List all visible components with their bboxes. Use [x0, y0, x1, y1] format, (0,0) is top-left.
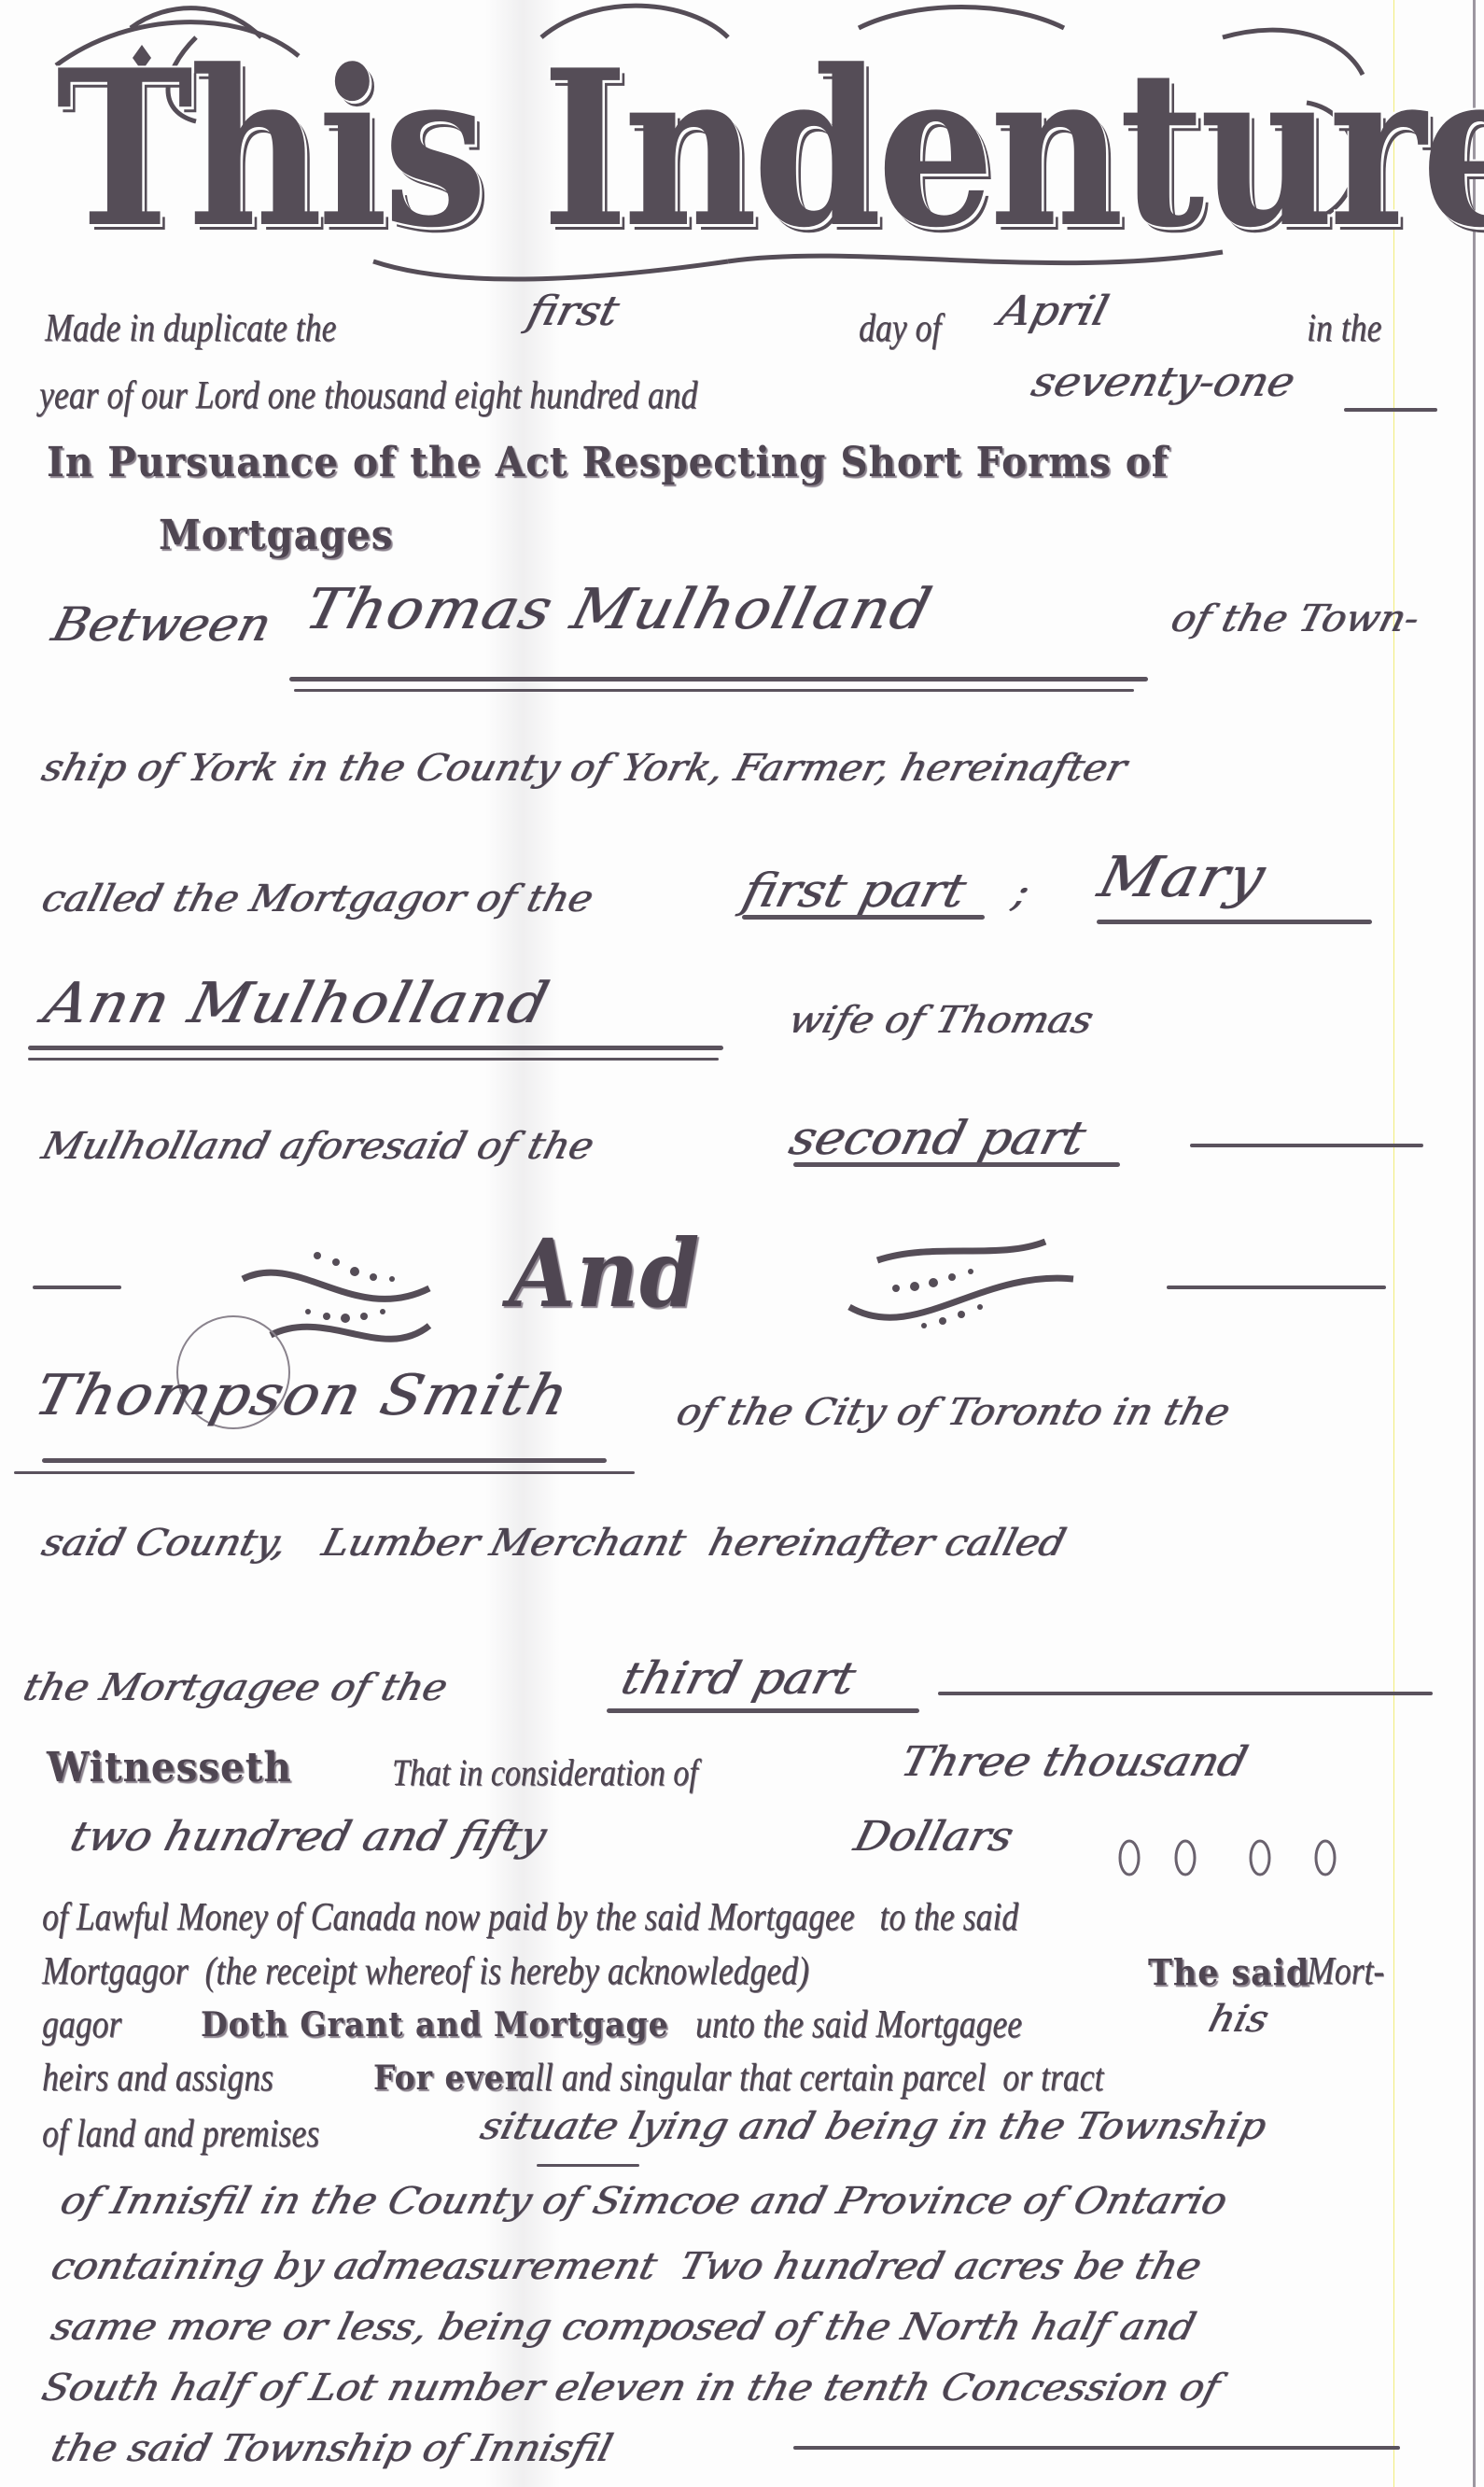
amount-words-1: Three thousand: [896, 1738, 1252, 1786]
witnesseth-line7-hw: situate lying and being in the Township: [476, 2105, 1270, 2148]
parties-line6-rest: of the City of Toronto in the: [672, 1391, 1234, 1434]
and-left-dash: [33, 1286, 121, 1289]
amount-words-2: two hundred and fifty: [65, 1813, 551, 1861]
mortgagor-underline: [289, 677, 1148, 681]
year-dash-line: [1344, 408, 1437, 412]
act-heading-line1: In Pursuance of the Act Respecting Short…: [47, 439, 1169, 486]
witnesseth-line6-rest: all and singular that certain parcel or …: [518, 2056, 1103, 2101]
parties-line2: ship of York in the County of York, Farm…: [37, 747, 1130, 790]
date-line-prefix: Made in duplicate the: [45, 306, 336, 351]
act-heading-line2: Mortgages: [159, 512, 394, 559]
witnesseth-line6-bold: For ever: [373, 2058, 522, 2098]
witnesseth-line4: Mortgagor (the receipt whereof is hereby…: [42, 1949, 809, 1994]
date-line-suffix: in the: [1307, 306, 1381, 351]
mortgagee-name: Thompson Smith: [28, 1363, 576, 1428]
parties-line1-rest: of the Town-: [1167, 597, 1423, 640]
and-right-dash: [1167, 1286, 1386, 1289]
year-handwritten: seventy-one: [1027, 358, 1299, 406]
witnesseth-line3: of Lawful Money of Canada now paid by th…: [42, 1895, 1018, 1940]
witnesseth-line7-printed: of land and premises: [42, 2112, 319, 2157]
second-party-name-underline: [28, 1046, 723, 1050]
land-description-line-3: same more or less, being composed of the…: [47, 2306, 1199, 2349]
closing-dash-line: [793, 2446, 1400, 2450]
mortgagor-name: Thomas Mulholland: [299, 577, 939, 642]
parties-line3-sep: ;: [1008, 868, 1034, 916]
witnesseth-line4-end: Mort-: [1307, 1949, 1384, 1994]
witnesseth-line5-bold: Doth Grant and Mortgage: [201, 2005, 669, 2044]
first-part-text: first part: [737, 864, 971, 918]
mortgagee-underline: [42, 1458, 607, 1463]
witnesseth-line6-start: heirs and assigns: [42, 2056, 273, 2101]
situate-underline: [537, 2164, 639, 2167]
second-party-underline: [1097, 920, 1372, 924]
witnesseth-label: Witnesseth: [47, 1744, 292, 1791]
second-part-underline: [793, 1162, 1120, 1167]
land-description-line-2: containing by admeasurement Two hundred …: [47, 2245, 1205, 2288]
document-title: This Indenture,: [56, 19, 1196, 280]
witnesseth-line5-start: gagor: [42, 2002, 121, 2047]
witnesseth-line5-rest: unto the said Mortgagee: [695, 2002, 1022, 2047]
date-line-day-of: day of: [859, 306, 941, 351]
land-description-line-5: the said Township of Innisfil: [47, 2427, 616, 2470]
scan-edge-line: [1393, 0, 1394, 2487]
second-part-dash: [1190, 1144, 1423, 1147]
parties-line7: said County, Lumber Merchant hereinafter…: [37, 1522, 1070, 1565]
first-part-underline: [742, 915, 985, 920]
second-part-text: second part: [784, 1111, 1091, 1165]
parties-line4-rest: wife of Thomas: [784, 999, 1098, 1042]
land-description-line-1: of Innisfil in the County of Simcoe and …: [56, 2180, 1231, 2223]
second-party-last-name: Ann Mulholland: [37, 971, 556, 1036]
parties-line5-prefix: Mulholland aforesaid of the: [37, 1125, 598, 1168]
date-day-handwritten: first: [523, 288, 623, 335]
witnesseth-line5-hw: his: [1204, 1998, 1273, 2041]
third-part-text: third part: [616, 1652, 861, 1705]
third-part-underline: [607, 1708, 919, 1713]
page-edge-line: [1473, 0, 1476, 2487]
parties-line3-prefix: called the Mortgagor of the: [37, 878, 597, 920]
witnesseth-line1: That in consideration of: [392, 1750, 698, 1794]
third-part-dash: [938, 1692, 1433, 1695]
second-party-name-underline-2: [28, 1058, 719, 1061]
date-month-handwritten: April: [994, 288, 1113, 335]
amount-flourish-icon: [1111, 1830, 1391, 1886]
witnesseth-line4-bold: The said: [1148, 1951, 1309, 1993]
and-right-ornament-icon: [840, 1223, 1083, 1354]
currency-handwritten: Dollars: [849, 1813, 1017, 1861]
between-label: Between: [47, 597, 276, 652]
year-line-prefix: year of our Lord one thousand eight hund…: [39, 373, 697, 418]
and-label: And: [509, 1218, 700, 1328]
mortgagor-underline-2: [294, 689, 1134, 692]
indenture-document: This Indenture, Made in duplicate the fi…: [0, 0, 1484, 2487]
land-description-line-4: South half of Lot number eleven in the t…: [37, 2367, 1224, 2410]
parties-line8-prefix: the Mortgagee of the: [19, 1666, 452, 1709]
mortgagee-underline-2: [14, 1471, 635, 1474]
second-party-first-name: Mary: [1092, 845, 1273, 910]
